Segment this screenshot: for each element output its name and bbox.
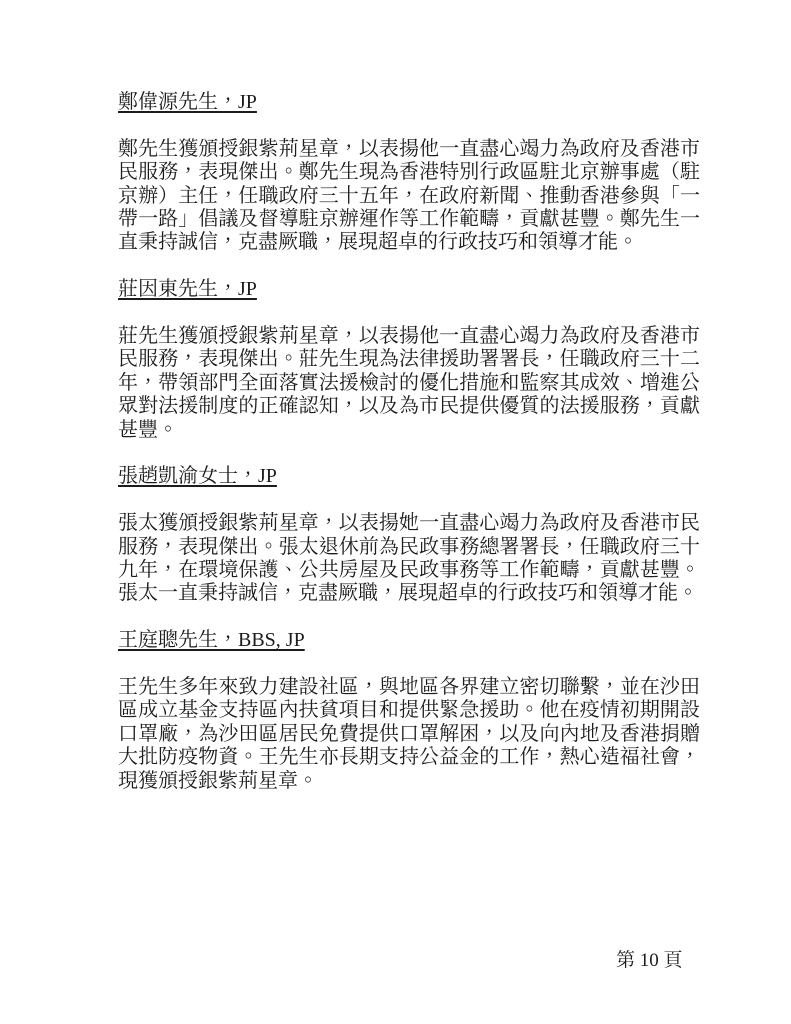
- document-page: 鄭偉源先生，JP 鄭先生獲頒授銀紫荊星章，以表揚他一直盡心竭力為政府及香港市民服…: [0, 0, 791, 1024]
- honouree-entry: 張趙凱渝女士，JP 張太獲頒授銀紫荊星章，以表揚她一直盡心竭力為政府及香港市民服…: [118, 465, 700, 605]
- citation-paragraph: 王先生多年來致力建設社區，與地區各界建立密切聯繫，並在沙田區成立基金支持區內扶貧…: [118, 676, 700, 793]
- document-content: 鄭偉源先生，JP 鄭先生獲頒授銀紫荊星章，以表揚他一直盡心竭力為政府及香港市民服…: [118, 91, 700, 816]
- citation-paragraph: 莊先生獲頒授銀紫荊星章，以表揚他一直盡心竭力為政府及香港市民服務，表現傑出。莊先…: [118, 325, 700, 442]
- honouree-name-heading: 鄭偉源先生，JP: [118, 91, 700, 114]
- page-number: 第 10 頁: [616, 950, 683, 972]
- honouree-name-heading: 莊因東先生，JP: [118, 278, 700, 301]
- honouree-name-heading: 王庭聰先生，BBS, JP: [118, 629, 700, 652]
- honouree-entry: 王庭聰先生，BBS, JP 王先生多年來致力建設社區，與地區各界建立密切聯繫，並…: [118, 629, 700, 793]
- honouree-entry: 莊因東先生，JP 莊先生獲頒授銀紫荊星章，以表揚他一直盡心竭力為政府及香港市民服…: [118, 278, 700, 442]
- citation-paragraph: 鄭先生獲頒授銀紫荊星章，以表揚他一直盡心竭力為政府及香港市民服務，表現傑出。鄭先…: [118, 138, 700, 255]
- honouree-entry: 鄭偉源先生，JP 鄭先生獲頒授銀紫荊星章，以表揚他一直盡心竭力為政府及香港市民服…: [118, 91, 700, 255]
- citation-paragraph: 張太獲頒授銀紫荊星章，以表揚她一直盡心竭力為政府及香港市民服務，表現傑出。張太退…: [118, 512, 700, 606]
- honouree-name-heading: 張趙凱渝女士，JP: [118, 465, 700, 488]
